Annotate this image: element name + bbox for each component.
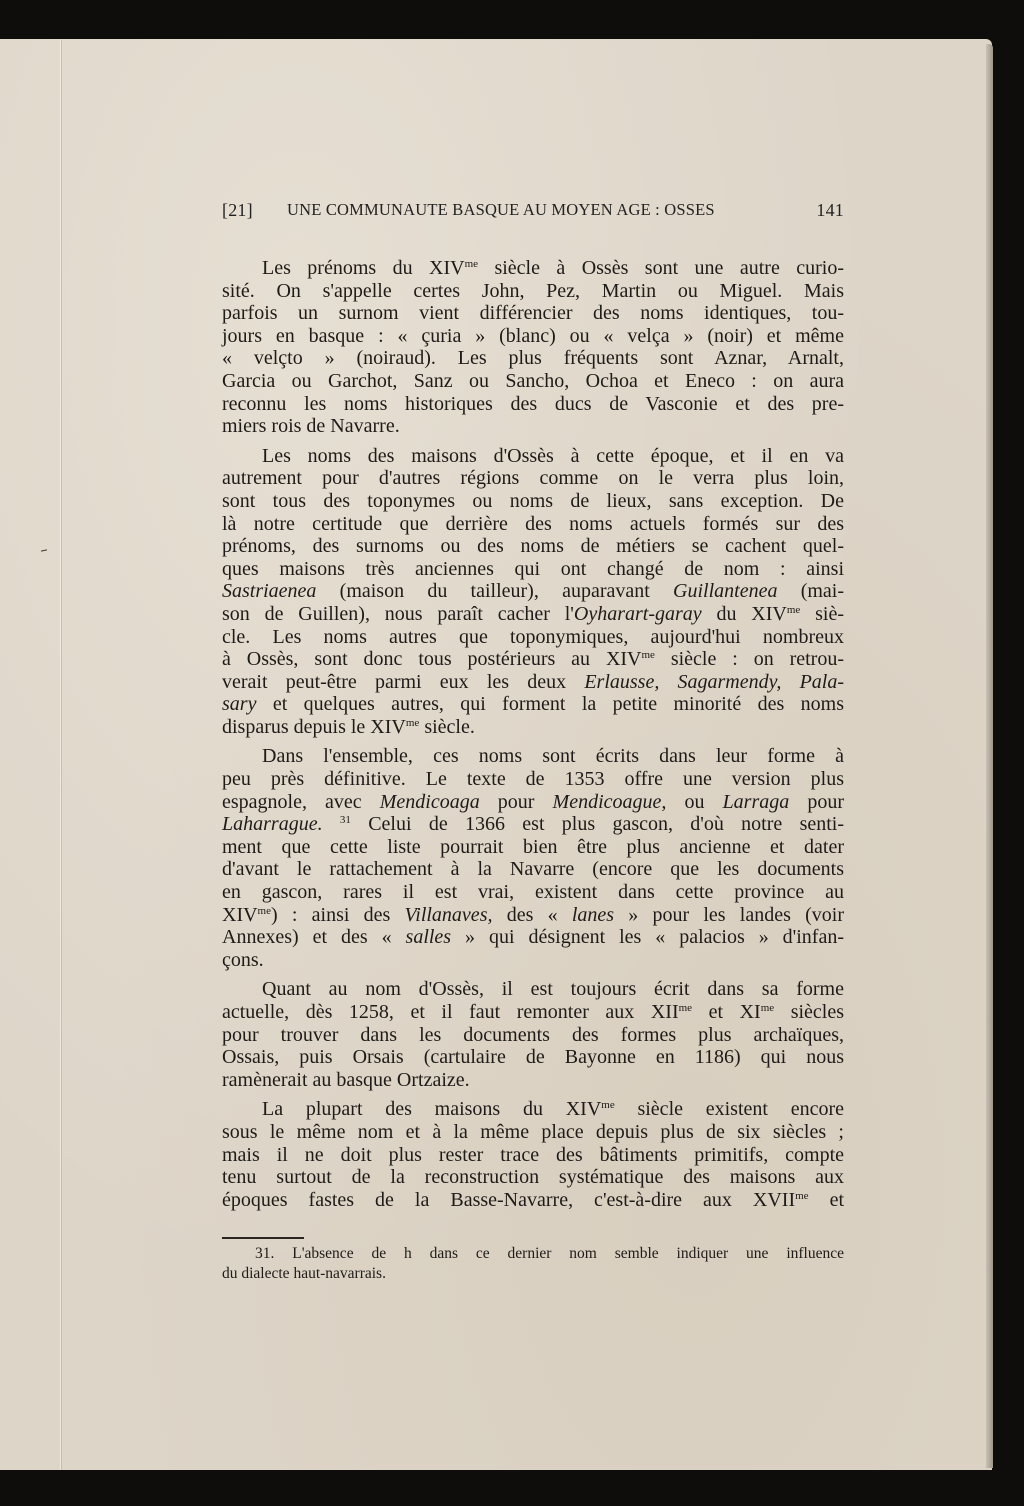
text-line: prénoms, des surnoms ou des noms de méti… [222,535,844,558]
text-line: Laharrague. 31 Celui de 1366 est plus ga… [222,813,844,836]
text-line: pour trouver dans les documents des form… [222,1024,844,1047]
footnote-rule [222,1237,304,1239]
text-line: sité. On s'appelle certes John, Pez, Mar… [222,280,844,303]
text-line: Ossais, puis Orsais (cartulaire de Bayon… [222,1046,844,1069]
running-title: UNE COMMUNAUTE BASQUE AU MOYEN AGE : OSS… [287,200,715,220]
text-line: son de Guillen), nous paraît cacher l'Oy… [222,603,844,626]
gutter-fold [60,40,61,1470]
text-line: parfois un surnom vient différencier des… [222,302,844,325]
text-line: sont tous des toponymes ou noms de lieux… [222,490,844,513]
text-line: Les noms des maisons d'Ossès à cette épo… [222,445,844,468]
text-line: espagnole, avec Mendicoaga pour Mendicoa… [222,791,844,814]
page-edge [986,44,993,1468]
text-line: miers rois de Navarre. [222,415,844,438]
text-line: autrement pour d'autres régions comme on… [222,467,844,490]
text-line: XIVme) : ainsi des Villanaves, des « lan… [222,904,844,927]
text-line: La plupart des maisons du XIVme siècle e… [222,1098,844,1121]
text-line: Annexes) et des « salles » qui désignent… [222,926,844,949]
text-line: là notre certitude que derrière des noms… [222,513,844,536]
text-line: Sastriaenea (maison du tailleur), aupara… [222,580,844,603]
text-line: çons. [222,949,844,972]
text-line: reconnu les noms historiques des ducs de… [222,393,844,416]
text-line: tenu surtout de la reconstruction systém… [222,1166,844,1189]
text-line: d'avant le rattachement à la Navarre (en… [222,858,844,881]
text-line: actuelle, dès 1258, et il faut remonter … [222,1001,844,1024]
footnotes: 31. L'absence de h dans ce dernier nom s… [222,1244,844,1284]
page-number: 141 [816,200,844,221]
paragraph: Les prénoms du XIVme siècle à Ossès sont… [222,257,844,438]
text-line: Garcia ou Garchot, Sanz ou Sancho, Ochoa… [222,370,844,393]
footnote-line: du dialecte haut-navarrais. [222,1264,844,1284]
text-line: disparus depuis le XIVme siècle. [222,716,844,739]
text-line: Les prénoms du XIVme siècle à Ossès sont… [222,257,844,280]
text-line: peu près définitive. Le texte de 1353 of… [222,768,844,791]
text-line: cle. Les noms autres que toponymiques, a… [222,626,844,649]
text-line: en gascon, rares il est vrai, existent d… [222,881,844,904]
text-line: sous le même nom et à la même place depu… [222,1121,844,1144]
text-line: Quant au nom d'Ossès, il est toujours éc… [222,978,844,1001]
paragraph: Dans l'ensemble, ces noms sont écrits da… [222,745,844,971]
text-line: sary et quelques autres, qui forment la … [222,693,844,716]
text-line: ment que cette liste pourrait bien être … [222,836,844,859]
running-head: [21] UNE COMMUNAUTE BASQUE AU MOYEN AGE … [222,200,844,224]
footnote-line: 31. L'absence de h dans ce dernier nom s… [222,1244,844,1264]
text-line: verait peut-être parmi eux les deux Erla… [222,671,844,694]
body-text: Les prénoms du XIVme siècle à Ossès sont… [222,257,844,1218]
chapter-number: [21] [222,200,253,221]
text-line: ramènerait au basque Ortzaize. [222,1069,844,1092]
text-line: à Ossès, sont donc tous postérieurs au X… [222,648,844,671]
paragraph: Quant au nom d'Ossès, il est toujours éc… [222,978,844,1091]
text-line: ques maisons très anciennes qui ont chan… [222,558,844,581]
text-line: Dans l'ensemble, ces noms sont écrits da… [222,745,844,768]
paragraph: Les noms des maisons d'Ossès à cette épo… [222,445,844,739]
text-line: époques fastes de la Basse-Navarre, c'es… [222,1189,844,1212]
text-line: « velçto » (noiraud). Les plus fréquents… [222,347,844,370]
text-line: mais il ne doit plus rester trace des bâ… [222,1144,844,1167]
paragraph: La plupart des maisons du XIVme siècle e… [222,1098,844,1211]
text-line: jours en basque : « çuria » (blanc) ou «… [222,325,844,348]
